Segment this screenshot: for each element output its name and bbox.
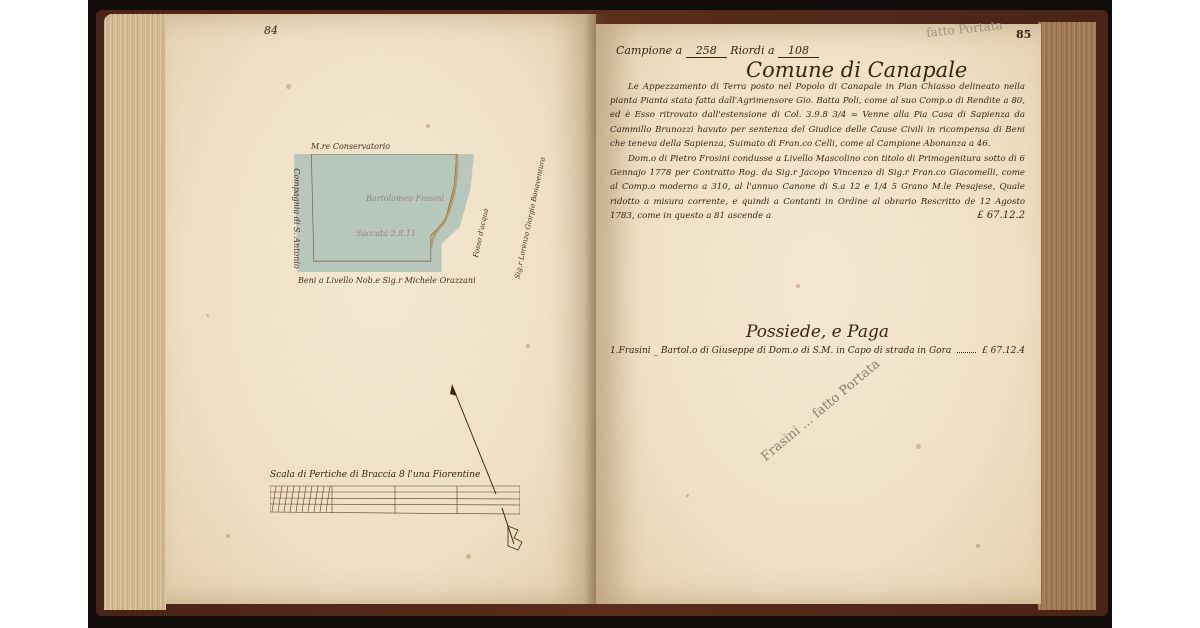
entry-number: 1. [610,346,619,356]
leader-dots [957,344,976,353]
entry-text: Frasini _ Bartol.o di Giuseppe di Dom.o … [619,346,952,356]
page-number-left: 84 [264,24,278,37]
campione-label: Campione a [616,44,682,57]
book-photo: 84 M.re Conservatorio Compagnia di S. An… [88,0,1112,628]
map-bottom-label: Beni a Livello Nob.e Sig.r Michele Orazz… [298,276,476,285]
map-top-label: M.re Conservatorio [311,142,390,151]
map-right-label-1: Fosso d'acqua [472,208,490,259]
paragraph-1: Le Appezzamento di Terra posto nel Popol… [610,80,1025,151]
section-title: Possiede, e Paga [746,322,889,342]
left-page: 84 M.re Conservatorio Compagnia di S. An… [166,14,596,604]
page-title: Comune di Canapale [746,58,967,82]
riordi-value: 108 [778,44,819,58]
header-line: Campione a 258 Riordi a 108 [616,44,819,57]
paragraph-2: Dom.o di Pietro Frosini condusse a Livel… [610,152,1025,223]
campione-value: 258 [686,44,727,58]
scale-title: Scala di Pertiche di Braccia 8 l'una Fio… [270,470,480,480]
parcel-inner-text-1: Bartolomeo Frasini [366,194,444,203]
page-edges-right [1038,22,1096,610]
scale-bar [270,484,520,516]
paragraph-2-amount: £ 67.12.2 [959,209,1025,223]
parcel-inner-text-2: Saccata 2.8.11 [356,229,416,238]
ledger-entry: 1. Frasini _ Bartol.o di Giuseppe di Dom… [610,344,1025,356]
map-right-label-2: Sig.r Lorenzo Giorgio Bonaventura [513,156,547,279]
riordi-label: Riordi a [730,44,774,57]
parcel-outline [294,154,474,272]
page-number-right: 85 [1016,28,1031,41]
map-left-label: Compagnia di S. Antonio [292,168,301,269]
right-page: fatto Portata 85 Campione a 258 Riordi a… [596,24,1041,604]
entry-amount: £ 67.12.4 [982,346,1025,356]
pencil-annotation-bottom: Frasini ... fatto Portata [759,357,883,464]
page-edges-left [104,14,166,610]
